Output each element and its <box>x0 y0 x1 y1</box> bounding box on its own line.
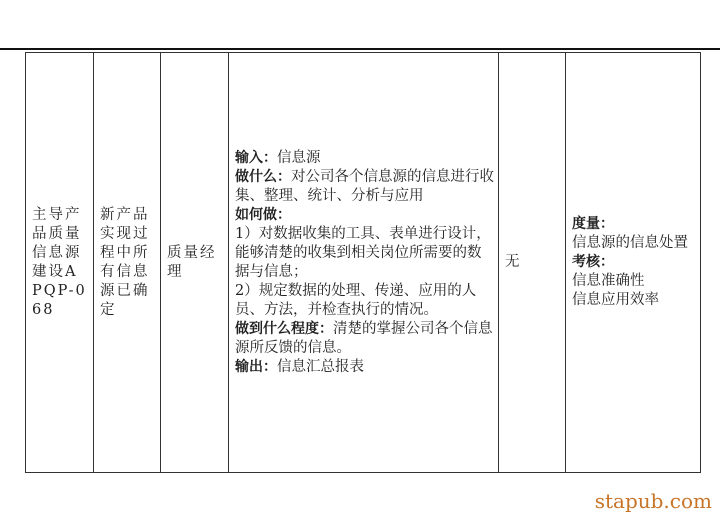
assess-item-2: 信息应用效率 <box>572 291 696 310</box>
assess-label: 考核： <box>572 253 696 272</box>
table-row: 主导产品质量信息源建设APQP-068 新产品实现过程中所有信息源已确定 质量经… <box>26 53 701 473</box>
how-label: 如何做： <box>235 206 494 225</box>
input-line: 输入：信息源 <box>235 149 494 168</box>
how-step-2: 2）规定数据的处理、传递、应用的人员、方法，并检查执行的情况。 <box>235 282 494 320</box>
output-line: 输出：信息汇总报表 <box>235 358 494 377</box>
owner-cell: 质量经理 <box>161 53 229 473</box>
watermark: stapub.com <box>595 489 712 513</box>
metrics-cell: 度量： 信息源的信息处置 考核： 信息准确性 信息应用效率 <box>566 53 701 473</box>
measure-label: 度量： <box>572 215 696 234</box>
what-line: 做什么：对公司各个信息源的信息进行收集、整理、统计、分析与应用 <box>235 168 494 206</box>
how-step-1: 1）对数据收集的工具、表单进行设计，能够清楚的收集到相关岗位所需要的数据与信息； <box>235 225 494 282</box>
task-cell: 主导产品质量信息源建设APQP-068 <box>26 53 94 473</box>
prerequisite-cell: 无 <box>499 53 566 473</box>
assess-item-1: 信息准确性 <box>572 272 696 291</box>
header-rule <box>0 48 720 50</box>
process-table: 主导产品质量信息源建设APQP-068 新产品实现过程中所有信息源已确定 质量经… <box>25 52 701 473</box>
extent-line: 做到什么程度：清楚的掌握公司各个信息源所反馈的信息。 <box>235 320 494 358</box>
measure-value: 信息源的信息处置 <box>572 234 696 253</box>
goal-cell: 新产品实现过程中所有信息源已确定 <box>94 53 161 473</box>
details-cell: 输入：信息源 做什么：对公司各个信息源的信息进行收集、整理、统计、分析与应用 如… <box>229 53 499 473</box>
